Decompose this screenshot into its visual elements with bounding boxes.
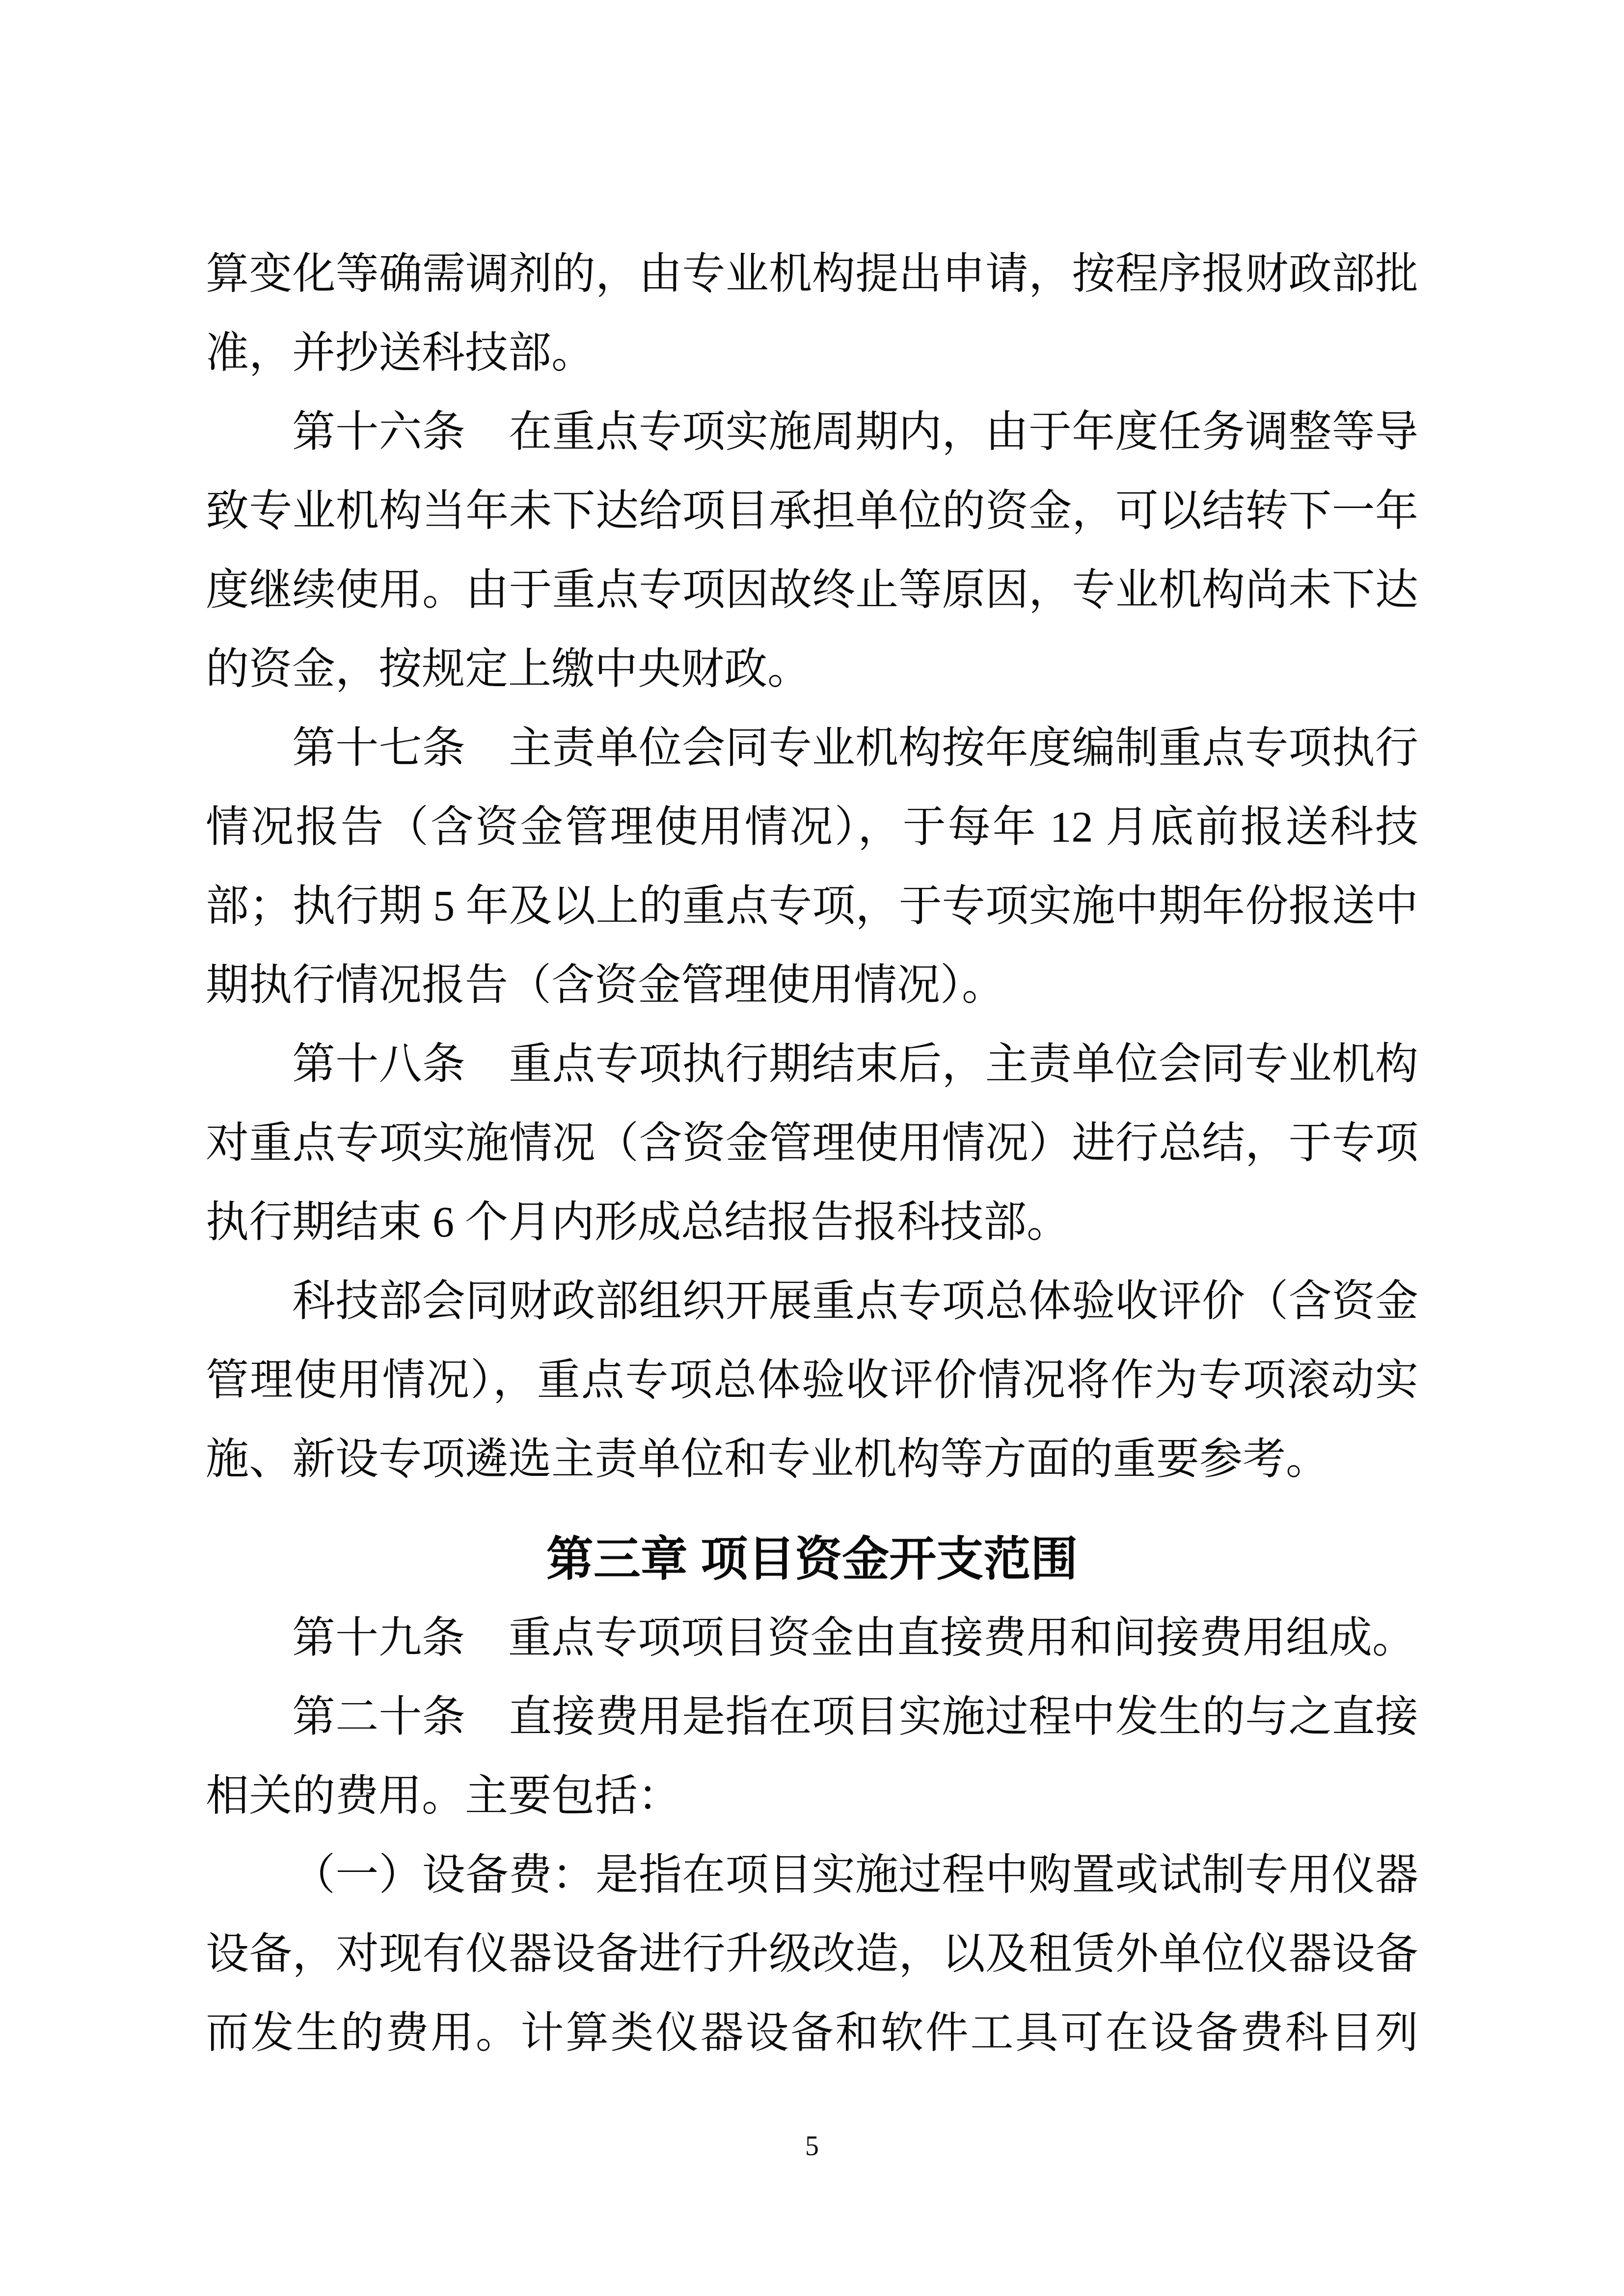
text-line: 部；执行期 5 年及以上的重点专项，于专项实施中期年份报送中 <box>206 867 1418 946</box>
text-line: （一）设备费：是指在项目实施过程中购置或试制专用仪器 <box>206 1836 1418 1915</box>
text-line: 设备，对现有仪器设备进行升级改造，以及租赁外单位仪器设备 <box>206 1915 1418 1994</box>
text-line: 管理使用情况），重点专项总体验收评价情况将作为专项滚动实 <box>206 1341 1418 1420</box>
text-line: 第二十条 直接费用是指在项目实施过程中发生的与之直接 <box>206 1678 1418 1757</box>
document-page: 算变化等确需调剂的，由专业机构提出申请，按程序报财政部批 准，并抄送科技部。 第… <box>0 0 1624 2296</box>
text-line: 第十七条 主责单位会同专业机构按年度编制重点专项执行 <box>206 709 1418 788</box>
document-body: 算变化等确需调剂的，由专业机构提出申请，按程序报财政部批 准，并抄送科技部。 第… <box>206 235 1418 2073</box>
chapter-heading: 第三章 项目资金开支范围 <box>206 1520 1418 1599</box>
text-line: 情况报告（含资金管理使用情况），于每年 12 月底前报送科技 <box>206 788 1418 867</box>
text-line: 的资金，按规定上缴中央财政。 <box>206 630 1418 709</box>
text-line: 第十八条 重点专项执行期结束后，主责单位会同专业机构 <box>206 1025 1418 1104</box>
text-line: 科技部会同财政部组织开展重点专项总体验收评价（含资金 <box>206 1262 1418 1341</box>
text-line: 相关的费用。主要包括： <box>206 1757 1418 1836</box>
text-line: 第十九条 重点专项项目资金由直接费用和间接费用组成。 <box>206 1599 1418 1678</box>
text-line: 而发生的费用。计算类仪器设备和软件工具可在设备费科目列 <box>206 1994 1418 2073</box>
text-line: 执行期结束 6 个月内形成总结报告报科技部。 <box>206 1183 1418 1262</box>
text-line: 算变化等确需调剂的，由专业机构提出申请，按程序报财政部批 <box>206 235 1418 314</box>
text-line: 对重点专项实施情况（含资金管理使用情况）进行总结，于专项 <box>206 1104 1418 1183</box>
page-number: 5 <box>0 2129 1624 2163</box>
text-line: 致专业机构当年未下达给项目承担单位的资金，可以结转下一年 <box>206 472 1418 551</box>
text-line: 期执行情况报告（含资金管理使用情况）。 <box>206 946 1418 1025</box>
text-line: 施、新设专项遴选主责单位和专业机构等方面的重要参考。 <box>206 1420 1418 1499</box>
text-line: 度继续使用。由于重点专项因故终止等原因，专业机构尚未下达 <box>206 551 1418 630</box>
text-line: 第十六条 在重点专项实施周期内，由于年度任务调整等导 <box>206 393 1418 472</box>
text-line: 准，并抄送科技部。 <box>206 314 1418 393</box>
